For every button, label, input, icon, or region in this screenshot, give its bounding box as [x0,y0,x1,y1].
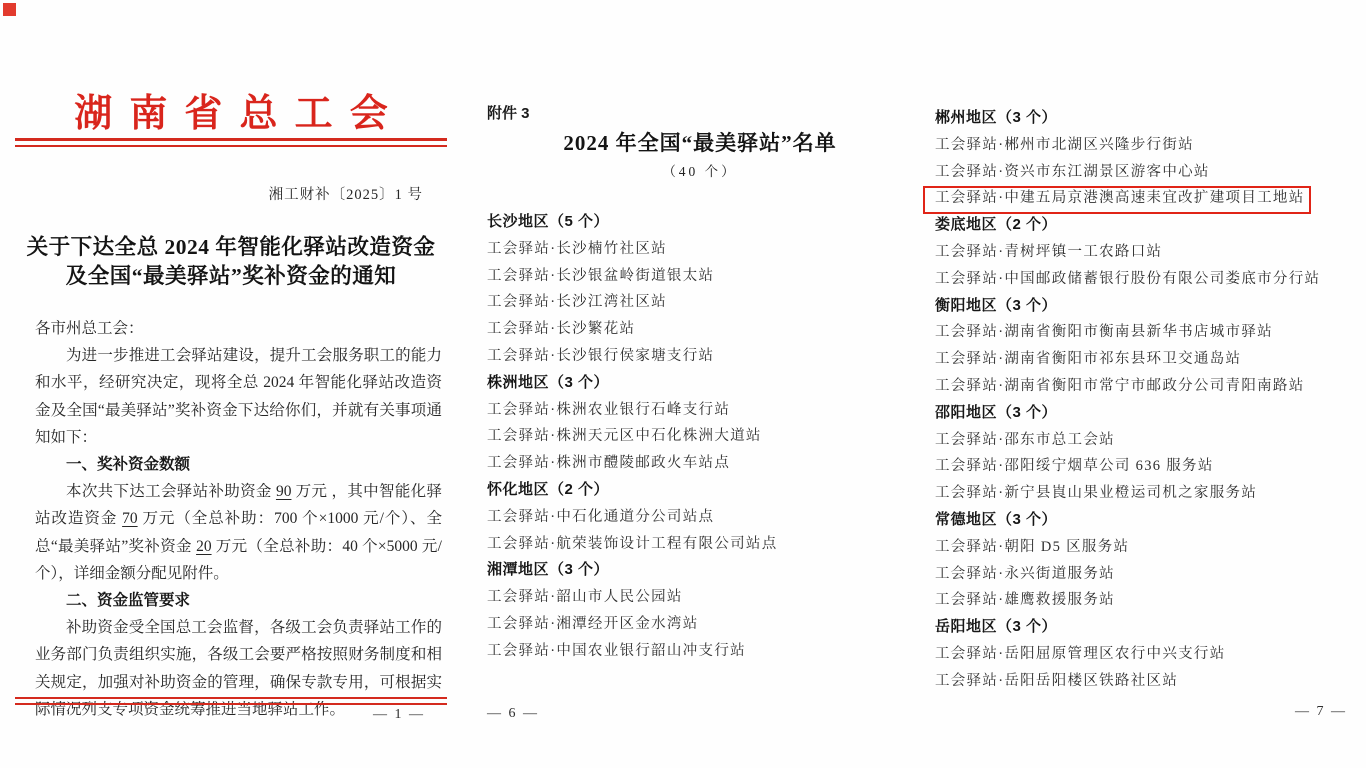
region-heading: 长沙地区（5 个） [487,209,915,236]
station-item: 工会驿站·株洲农业银行石峰支行站 [487,397,915,424]
underlined-amount-upgrade: 70 [122,510,138,527]
page-number-6: — 6 — [487,706,539,722]
station-item: 工会驿站·湖南省衡阳市祁东县环卫交通岛站 [935,346,1361,373]
doc-title-line-1: 关于下达全总 2024 年智能化驿站改造资金 [15,233,447,262]
region-heading: 衡阳地区（3 个） [935,293,1361,320]
doc-title-line-2: 及全国“最美驿站”奖补资金的通知 [15,262,447,291]
station-item: 工会驿站·邵东市总工会站 [935,427,1361,454]
list-title: 2024 年全国“最美驿站”名单 [485,127,915,157]
station-item: 工会驿站·资兴市东江湖景区游客中心站 [935,159,1361,186]
underlined-amount-award: 20 [196,538,212,555]
station-item: 工会驿站·湖南省衡阳市衡南县新华书店城市驿站 [935,319,1361,346]
section-1-paragraph: 本次共下达工会驿站补助资金 90 万元 ，其中智能化驿站改造资金 70 万元（全… [35,478,442,587]
station-item: 工会驿站·湘潭经开区金水湾站 [487,611,915,638]
section-2-heading: 二、资金监管要求 [35,587,442,614]
paragraph-intro: 为进一步推进工会驿站建设，提升工会服务职工的能力和水平，经研究决定，现将全总 2… [35,342,442,451]
station-item: 工会驿站·岳阳屈原管理区农行中兴支行站 [935,641,1361,668]
region-heading: 娄底地区（2 个） [935,212,1361,239]
document-canvas: 湖南省总工会 湘工财补〔2025〕1 号 关于下达全总 2024 年智能化驿站改… [0,0,1366,768]
page-7-attachment: 郴州地区（3 个）工会驿站·郴州市北湖区兴隆步行街站工会驿站·资兴市东江湖景区游… [933,0,1361,768]
station-item: 工会驿站·长沙银盆岭街道银太站 [487,263,915,290]
region-heading: 岳阳地区（3 个） [935,614,1361,641]
page-6-attachment: 附件 3 2024 年全国“最美驿站”名单 （40 个） 长沙地区（5 个）工会… [485,0,915,768]
station-item: 工会驿站·长沙江湾社区站 [487,289,915,316]
page-number-7: — 7 — [1295,704,1347,720]
station-item-highlighted: 工会驿站·中建五局京港澳高速耒宜改扩建项目工地站 [935,185,1361,212]
list-subtitle: （40 个） [485,160,915,180]
station-list-page6: 长沙地区（5 个）工会驿站·长沙楠竹社区站工会驿站·长沙银盆岭街道银太站工会驿站… [487,209,915,665]
region-heading: 株洲地区（3 个） [487,370,915,397]
region-heading: 常德地区（3 个） [935,507,1361,534]
station-item: 工会驿站·新宁县崀山果业橙运司机之家服务站 [935,480,1361,507]
station-item: 工会驿站·朝阳 D5 区服务站 [935,534,1361,561]
station-item: 工会驿站·长沙楠竹社区站 [487,236,915,263]
station-item: 工会驿站·航荣装饰设计工程有限公司站点 [487,531,915,558]
station-item: 工会驿站·中国邮政储蓄银行股份有限公司娄底市分行站 [935,266,1361,293]
attachment-label: 附件 3 [487,102,530,123]
doc-title: 关于下达全总 2024 年智能化驿站改造资金 及全国“最美驿站”奖补资金的通知 [15,233,447,290]
region-heading: 怀化地区（2 个） [487,477,915,504]
station-item: 工会驿站·株洲市醴陵邮政火车站点 [487,450,915,477]
station-item: 工会驿站·株洲天元区中石化株洲大道站 [487,423,915,450]
station-item: 工会驿站·中国农业银行韶山冲支行站 [487,638,915,665]
salutation: 各市州总工会： [35,315,442,342]
station-item: 工会驿站·岳阳岳阳楼区铁路社区站 [935,668,1361,695]
station-item: 工会驿站·韶山市人民公园站 [487,584,915,611]
station-item: 工会驿站·郴州市北湖区兴隆步行街站 [935,132,1361,159]
station-list-page7: 郴州地区（3 个）工会驿站·郴州市北湖区兴隆步行街站工会驿站·资兴市东江湖景区游… [935,105,1361,695]
station-item: 工会驿站·长沙繁花站 [487,316,915,343]
para-segment: 本次共下达工会驿站补助资金 [66,483,276,500]
region-heading: 湘潭地区（3 个） [487,557,915,584]
station-item: 工会驿站·雄鹰救援服务站 [935,587,1361,614]
station-item: 工会驿站·永兴街道服务站 [935,561,1361,588]
station-item: 工会驿站·邵阳绥宁烟草公司 636 服务站 [935,453,1361,480]
section-1-heading: 一、奖补资金数额 [35,451,442,478]
org-title: 湖南省总工会 [15,82,447,137]
station-item: 工会驿站·长沙银行侯家塘支行站 [487,343,915,370]
station-item: 工会驿站·湖南省衡阳市常宁市邮政分公司青阳南路站 [935,373,1361,400]
footer-rule [15,697,447,705]
station-item: 工会驿站·青树坪镇一工农路口站 [935,239,1361,266]
page-1-notice: 湖南省总工会 湘工财补〔2025〕1 号 关于下达全总 2024 年智能化驿站改… [15,0,447,768]
station-item: 工会驿站·中石化通道分公司站点 [487,504,915,531]
notice-body: 各市州总工会： 为进一步推进工会驿站建设，提升工会服务职工的能力和水平，经研究决… [35,315,442,723]
region-heading: 郴州地区（3 个） [935,105,1361,132]
region-heading: 邵阳地区（3 个） [935,400,1361,427]
header-rule [15,138,447,147]
page-number-1: — 1 — [373,707,425,723]
doc-number: 湘工财补〔2025〕1 号 [269,183,423,204]
underlined-amount-total: 90 [276,483,292,500]
